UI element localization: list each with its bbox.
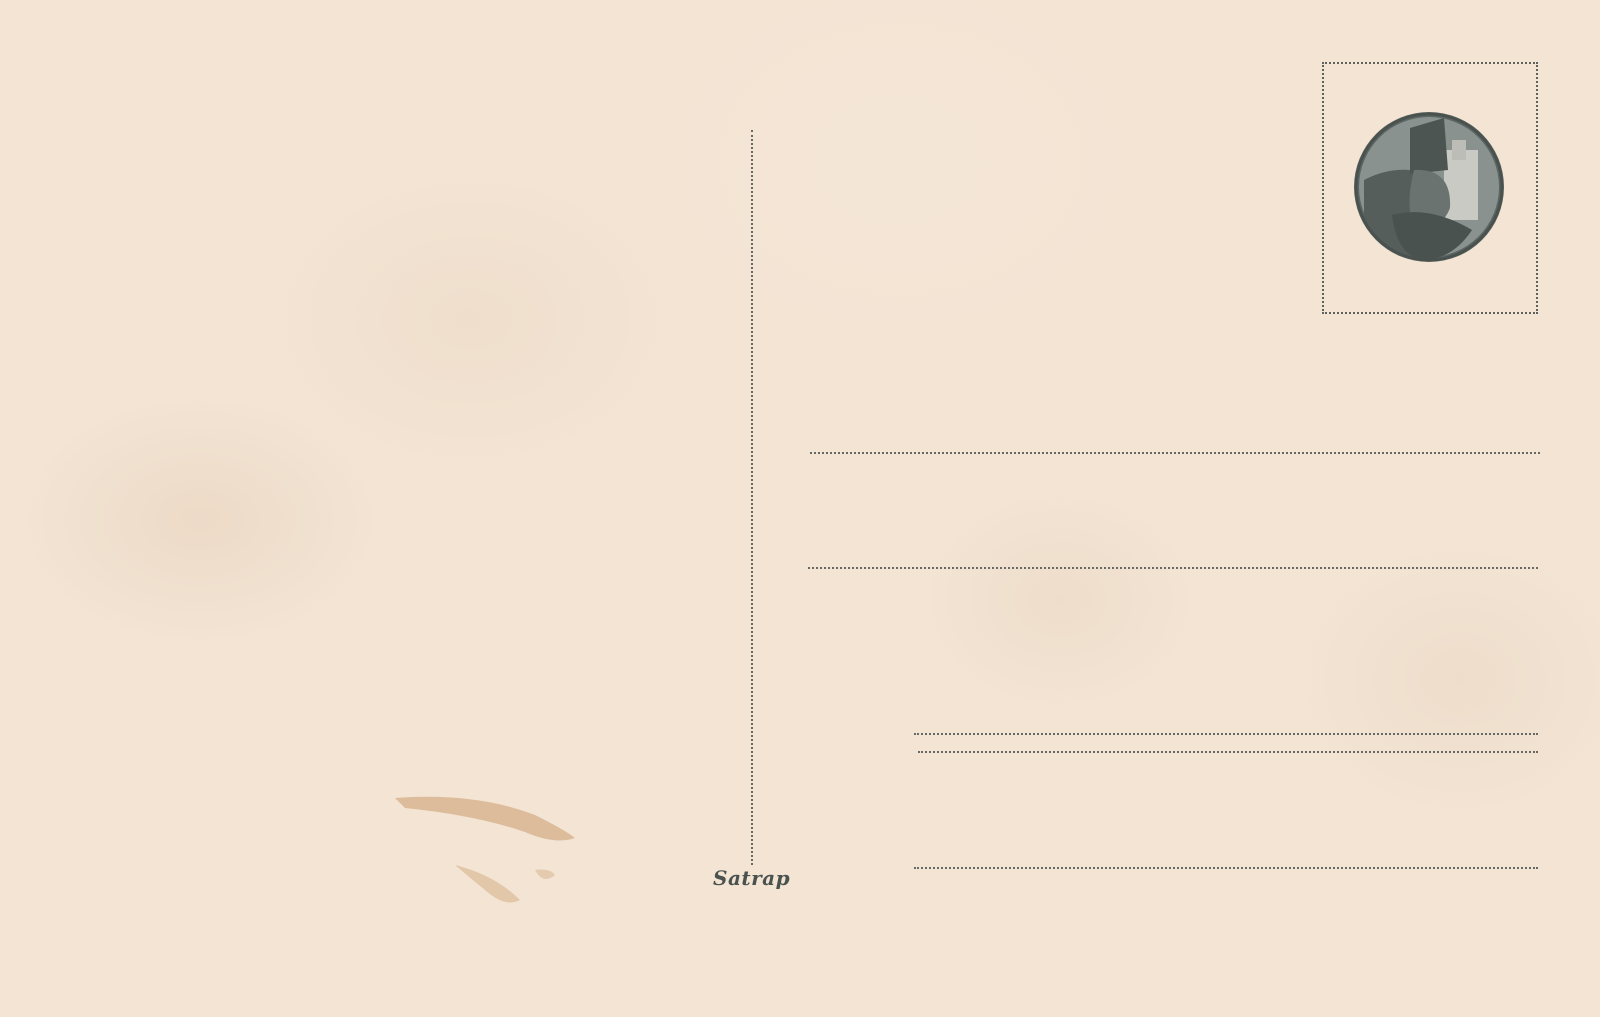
address-line-2 [808,567,1538,569]
medallion-portrait-icon [1352,110,1507,265]
publisher-mark: Satrap [713,866,790,890]
address-line-4 [914,867,1538,869]
divider-line [751,130,753,865]
stain-mark [385,790,595,920]
address-line-3 [914,733,1538,735]
address-line-1 [810,452,1540,454]
address-line-3b [918,751,1538,753]
postcard-back: Satrap [0,0,1600,1017]
